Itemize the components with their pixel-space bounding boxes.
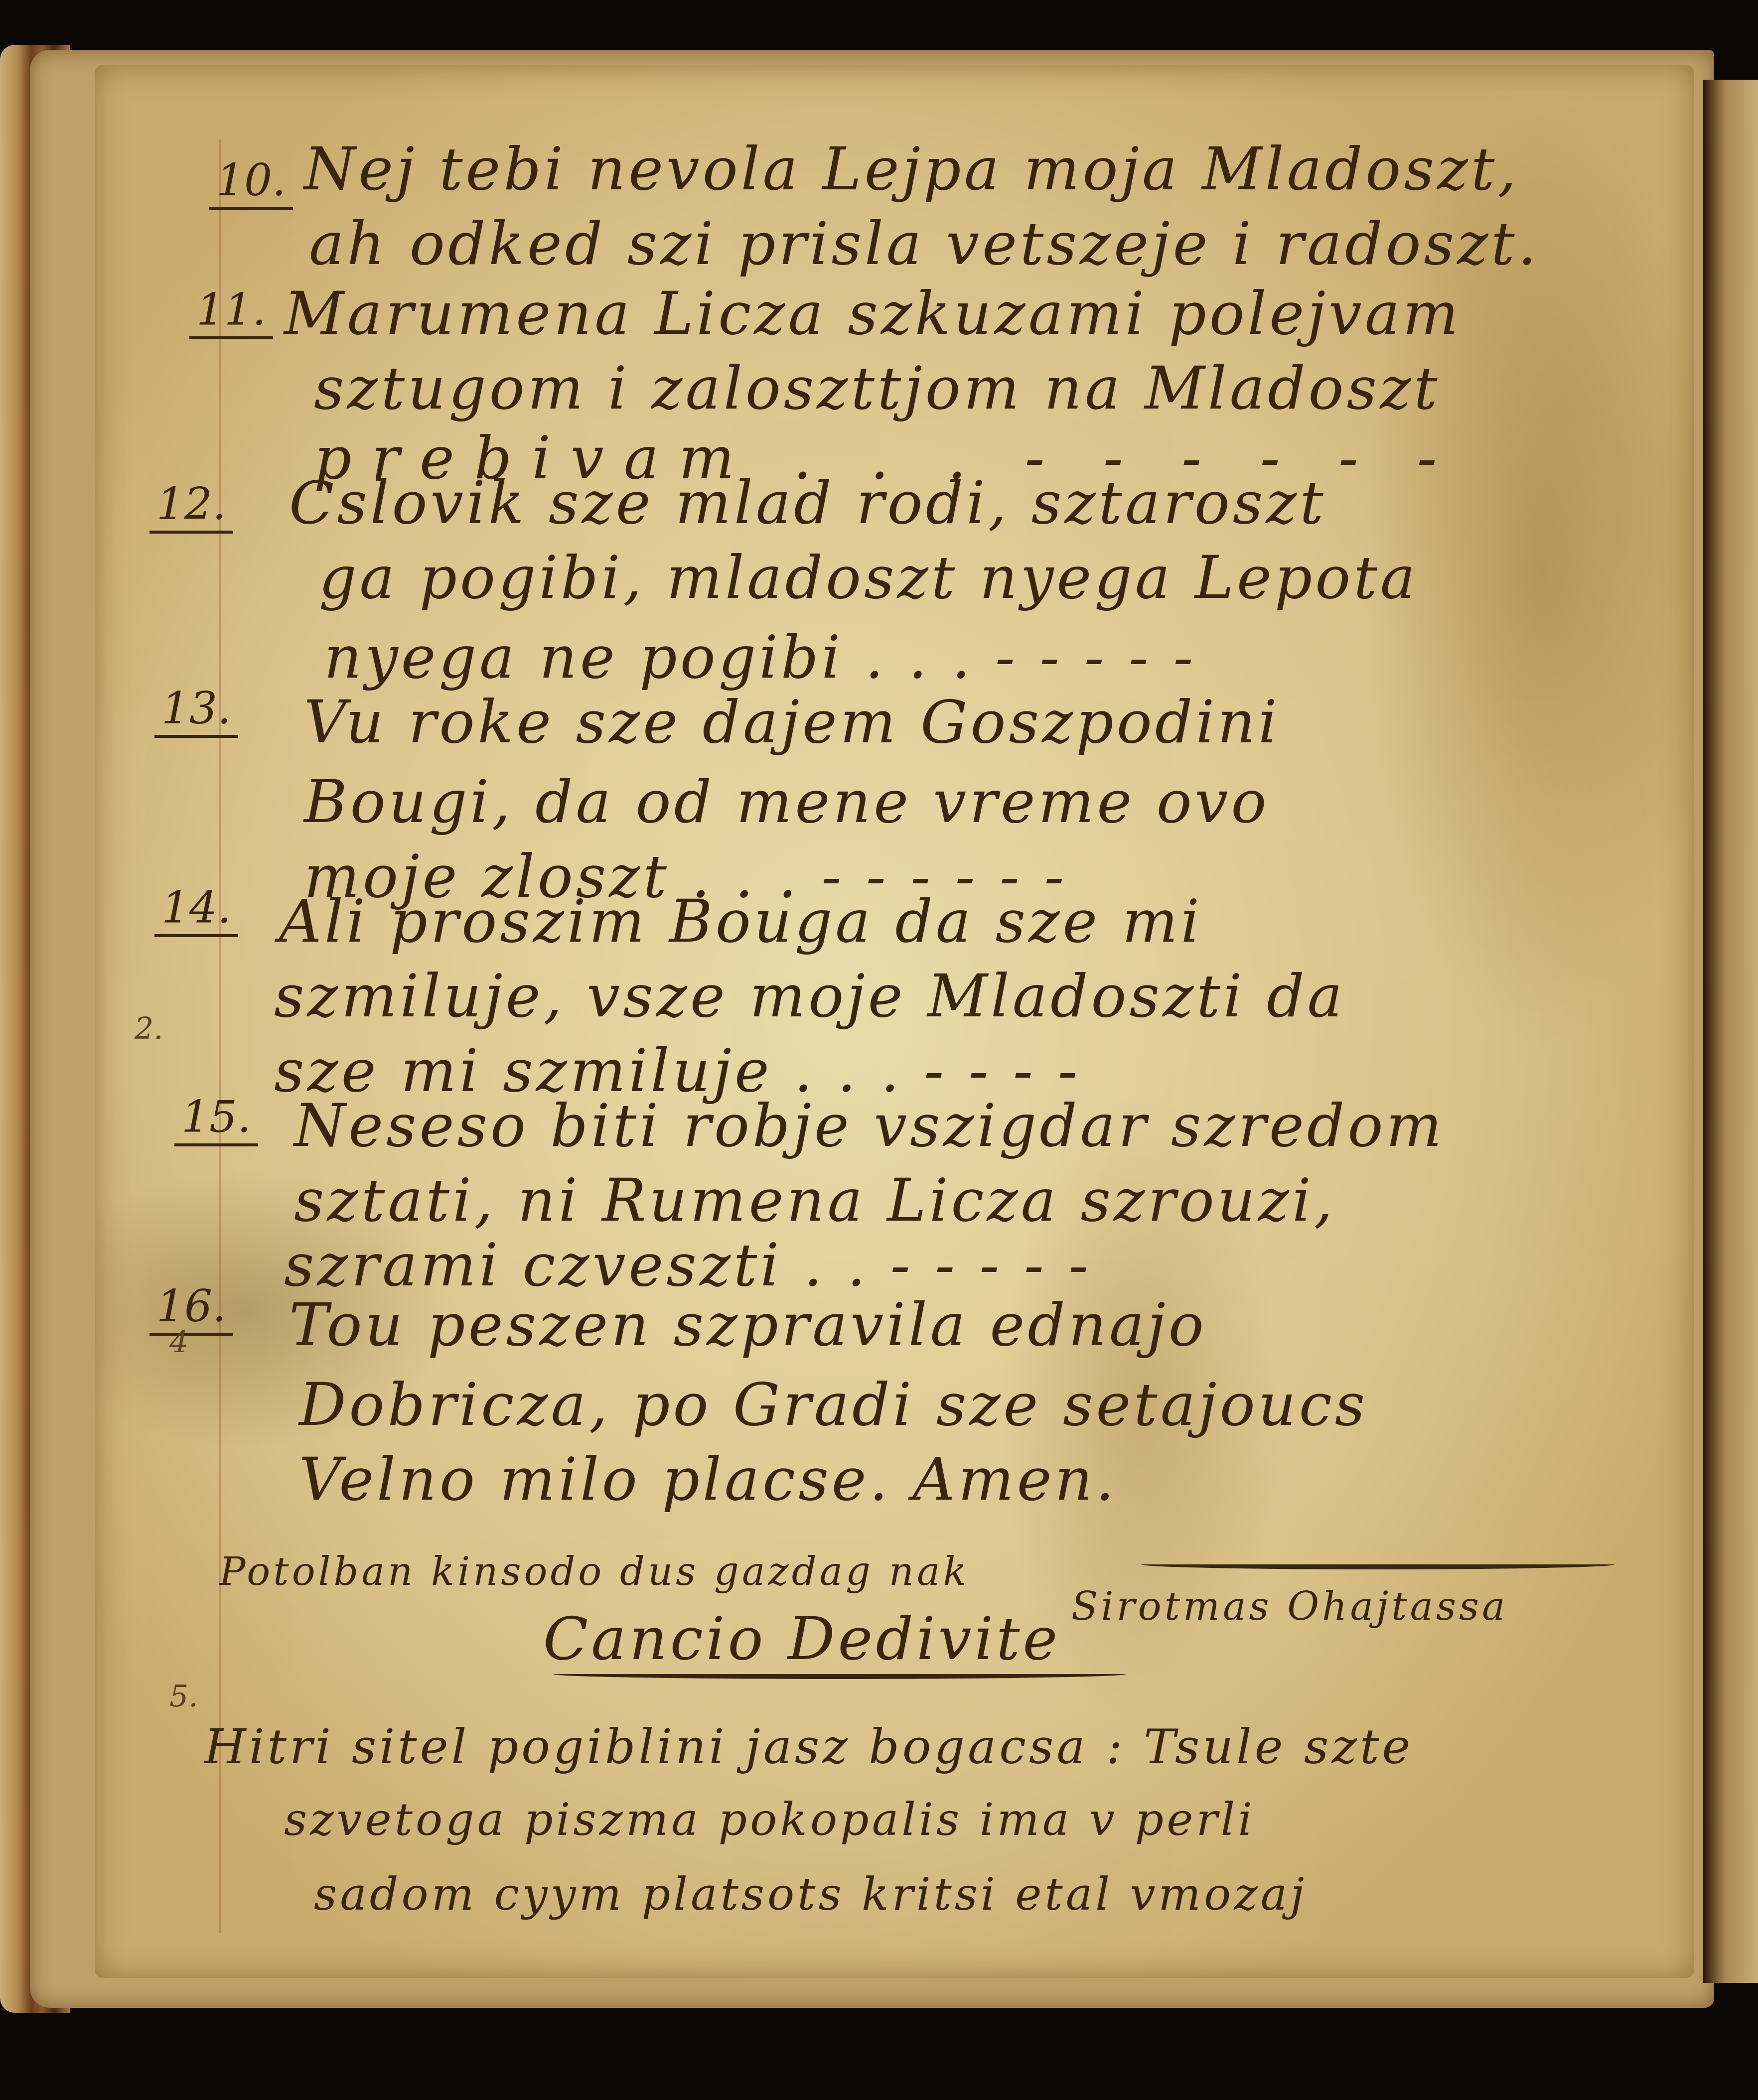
manuscript-page: 10. Nej tebi nevola Lejpa moja Mladoszt,… [95,65,1694,1978]
verse-number: 14. [154,882,238,937]
verse-line: Marumena Licza szkuzami polejvam [284,279,1462,348]
verse-line: Tou peszen szpravila ednajo [289,1290,1207,1359]
verse-line: Vu roke sze dajem Goszpodini [304,688,1280,756]
verse-line: nyega ne pogibi . . . - - - - - [324,623,1196,692]
verse-line: Ali proszim Bouga da sze mi [279,887,1202,956]
margin-note: 2. [135,1011,163,1046]
hungarian-heading-right: Sirotmas Ohajtassa [1071,1584,1508,1629]
verse-line: Bougi, da od mene vreme ovo [304,767,1269,836]
next-song-line: Hitri sitel pogiblini jasz bogacsa : Tsu… [204,1719,1413,1775]
book: 10. Nej tebi nevola Lejpa moja Mladoszt,… [0,35,1758,2100]
next-song-line: sadom cyym platsots kritsi etal vmozaj [314,1868,1307,1921]
verse-line: Velno milo placse. Amen. [299,1445,1117,1514]
margin-note: 4 [169,1325,188,1360]
song-title: Cancio Dedivite [543,1604,1060,1673]
margin-rule [219,140,221,1933]
decorative-underline [1141,1559,1614,1569]
verse-number: 13. [154,683,238,738]
verse-number: 11. [189,284,273,339]
verse-number: 12. [149,478,233,534]
verse-number: 16. [149,1280,233,1336]
verse-line: sztati, ni Rumena Licza szrouzi, [294,1166,1335,1235]
verse-line: sztugom i zaloszttjom na Mladoszt [314,354,1441,422]
verse-line: szmiluje, vsze moje Mladoszti da [274,962,1345,1030]
facing-page-edge [1703,80,1758,1983]
hungarian-heading: Potolban kinsodo dus gazdag nak [219,1549,970,1594]
verse-line: Nej tebi nevola Lejpa moja Mladoszt, [304,135,1519,203]
title-underline [553,1669,1126,1679]
verse-line: Neseso biti robje vszigdar szredom [294,1091,1445,1160]
next-song-line: szvetoga piszma pokopalis ima v perli [284,1794,1255,1846]
verse-line: szrami czveszti . . - - - - - [284,1231,1091,1299]
verse-line: ga pogibi, mladoszt nyega Lepota [319,543,1418,612]
verse-line: Dobricza, po Gradi sze setajoucs [299,1370,1368,1439]
margin-note: 5. [169,1679,198,1714]
verse-line: Cslovik sze mlad rodi, sztaroszt [289,468,1326,537]
verse-line: ah odked szi prisla vetszeje i radoszt. [309,209,1539,278]
verse-number: 10. [209,154,293,210]
verse-number: 15. [174,1091,258,1146]
